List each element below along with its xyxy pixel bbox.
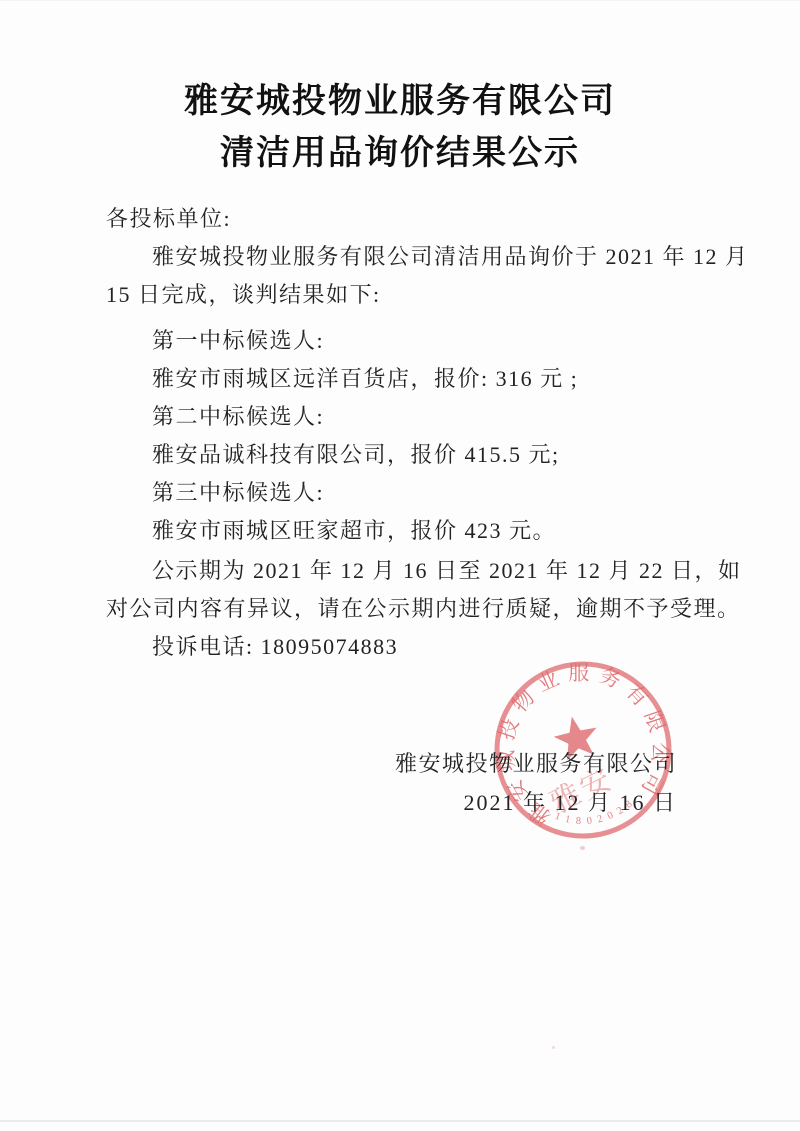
body-line: 第一中标候选人:: [106, 322, 686, 360]
body-line: 15 日完成，谈判结果如下:: [106, 276, 686, 314]
body-line: 第三中标候选人:: [106, 474, 686, 512]
body-line-salutation: 各投标单位:: [106, 200, 686, 238]
notice-body: 各投标单位: 雅安城投物业服务有限公司清洁用品询价于 2021 年 12 月 1…: [106, 200, 686, 666]
body-line: 雅安城投物业服务有限公司清洁用品询价于 2021 年 12 月: [106, 238, 686, 276]
notice-document-page: 雅安城投物业服务有限公司 清洁用品询价结果公示 各投标单位: 雅安城投物业服务有…: [0, 0, 800, 1131]
scan-edge-artifact-bottom: [0, 1120, 800, 1122]
body-line: 对公司内容有异议，请在公示期内进行质疑，逾期不予受理。: [106, 590, 686, 628]
body-line: 雅安市雨城区旺家超市，报价 423 元。: [106, 512, 686, 550]
seal-ink-speck: [552, 1046, 555, 1049]
body-line: 雅安品诚科技有限公司，报价 415.5 元;: [106, 436, 686, 474]
signature-date: 2021 年 12 月 16 日: [463, 786, 677, 817]
body-line: 第二中标候选人:: [106, 398, 686, 436]
notice-title-line2: 清洁用品询价结果公示: [0, 128, 800, 180]
scan-edge-artifact-top: [0, 0, 800, 1]
body-line: 公示期为 2021 年 12 月 16 日至 2021 年 12 月 22 日，…: [106, 552, 686, 590]
notice-title-line1: 雅安城投物业服务有限公司: [0, 76, 800, 128]
notice-title: 雅安城投物业服务有限公司 清洁用品询价结果公示: [0, 76, 800, 180]
signature-company: 雅安城投物业服务有限公司: [395, 747, 677, 778]
body-line: 雅安市雨城区远洋百货店，报价: 316 元 ;: [106, 360, 686, 398]
